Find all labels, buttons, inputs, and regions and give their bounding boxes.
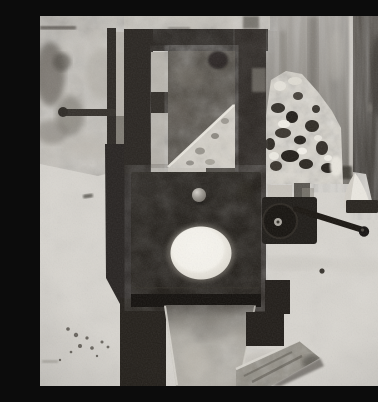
guillotine-photograph bbox=[40, 16, 378, 386]
photo-canvas bbox=[40, 16, 378, 386]
vignette-overlay bbox=[40, 16, 378, 386]
